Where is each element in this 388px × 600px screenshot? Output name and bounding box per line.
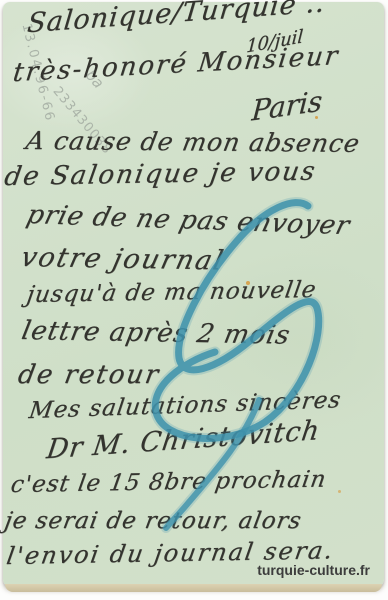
handwritten-line-city: Paris [251, 84, 324, 128]
handwritten-line-signature: Dr M. Christovitch [45, 415, 322, 465]
handwritten-line-postscript: je serai de retour, alors [2, 508, 303, 534]
handwritten-line-body: prie de ne pas envoyer [24, 200, 354, 241]
handwritten-line-body: de retour [16, 360, 163, 390]
handwritten-line-body: jusqu'à de ma nouvelle [25, 277, 319, 308]
handwritten-line-body: A cause de mon absence [24, 126, 363, 158]
handwritten-line-body: lettre après 2 mois [19, 316, 293, 351]
paper-fleck [338, 490, 341, 493]
handwritten-line-body: de Salonique je vous [2, 157, 319, 193]
postcard: 13.04.96-66 233430038 ba Salonique/Turqu… [3, 2, 384, 588]
handwritten-line-postscript: c'est le 15 8bre prochain [9, 466, 329, 498]
handwritten-line-body: votre journal [18, 242, 228, 276]
scan-background: 13.04.96-66 233430038 ba Salonique/Turqu… [0, 0, 388, 600]
handwritten-line-salutation: très-honoré Monsieur [11, 41, 341, 88]
watermark: turquie-culture.fr [257, 562, 370, 578]
